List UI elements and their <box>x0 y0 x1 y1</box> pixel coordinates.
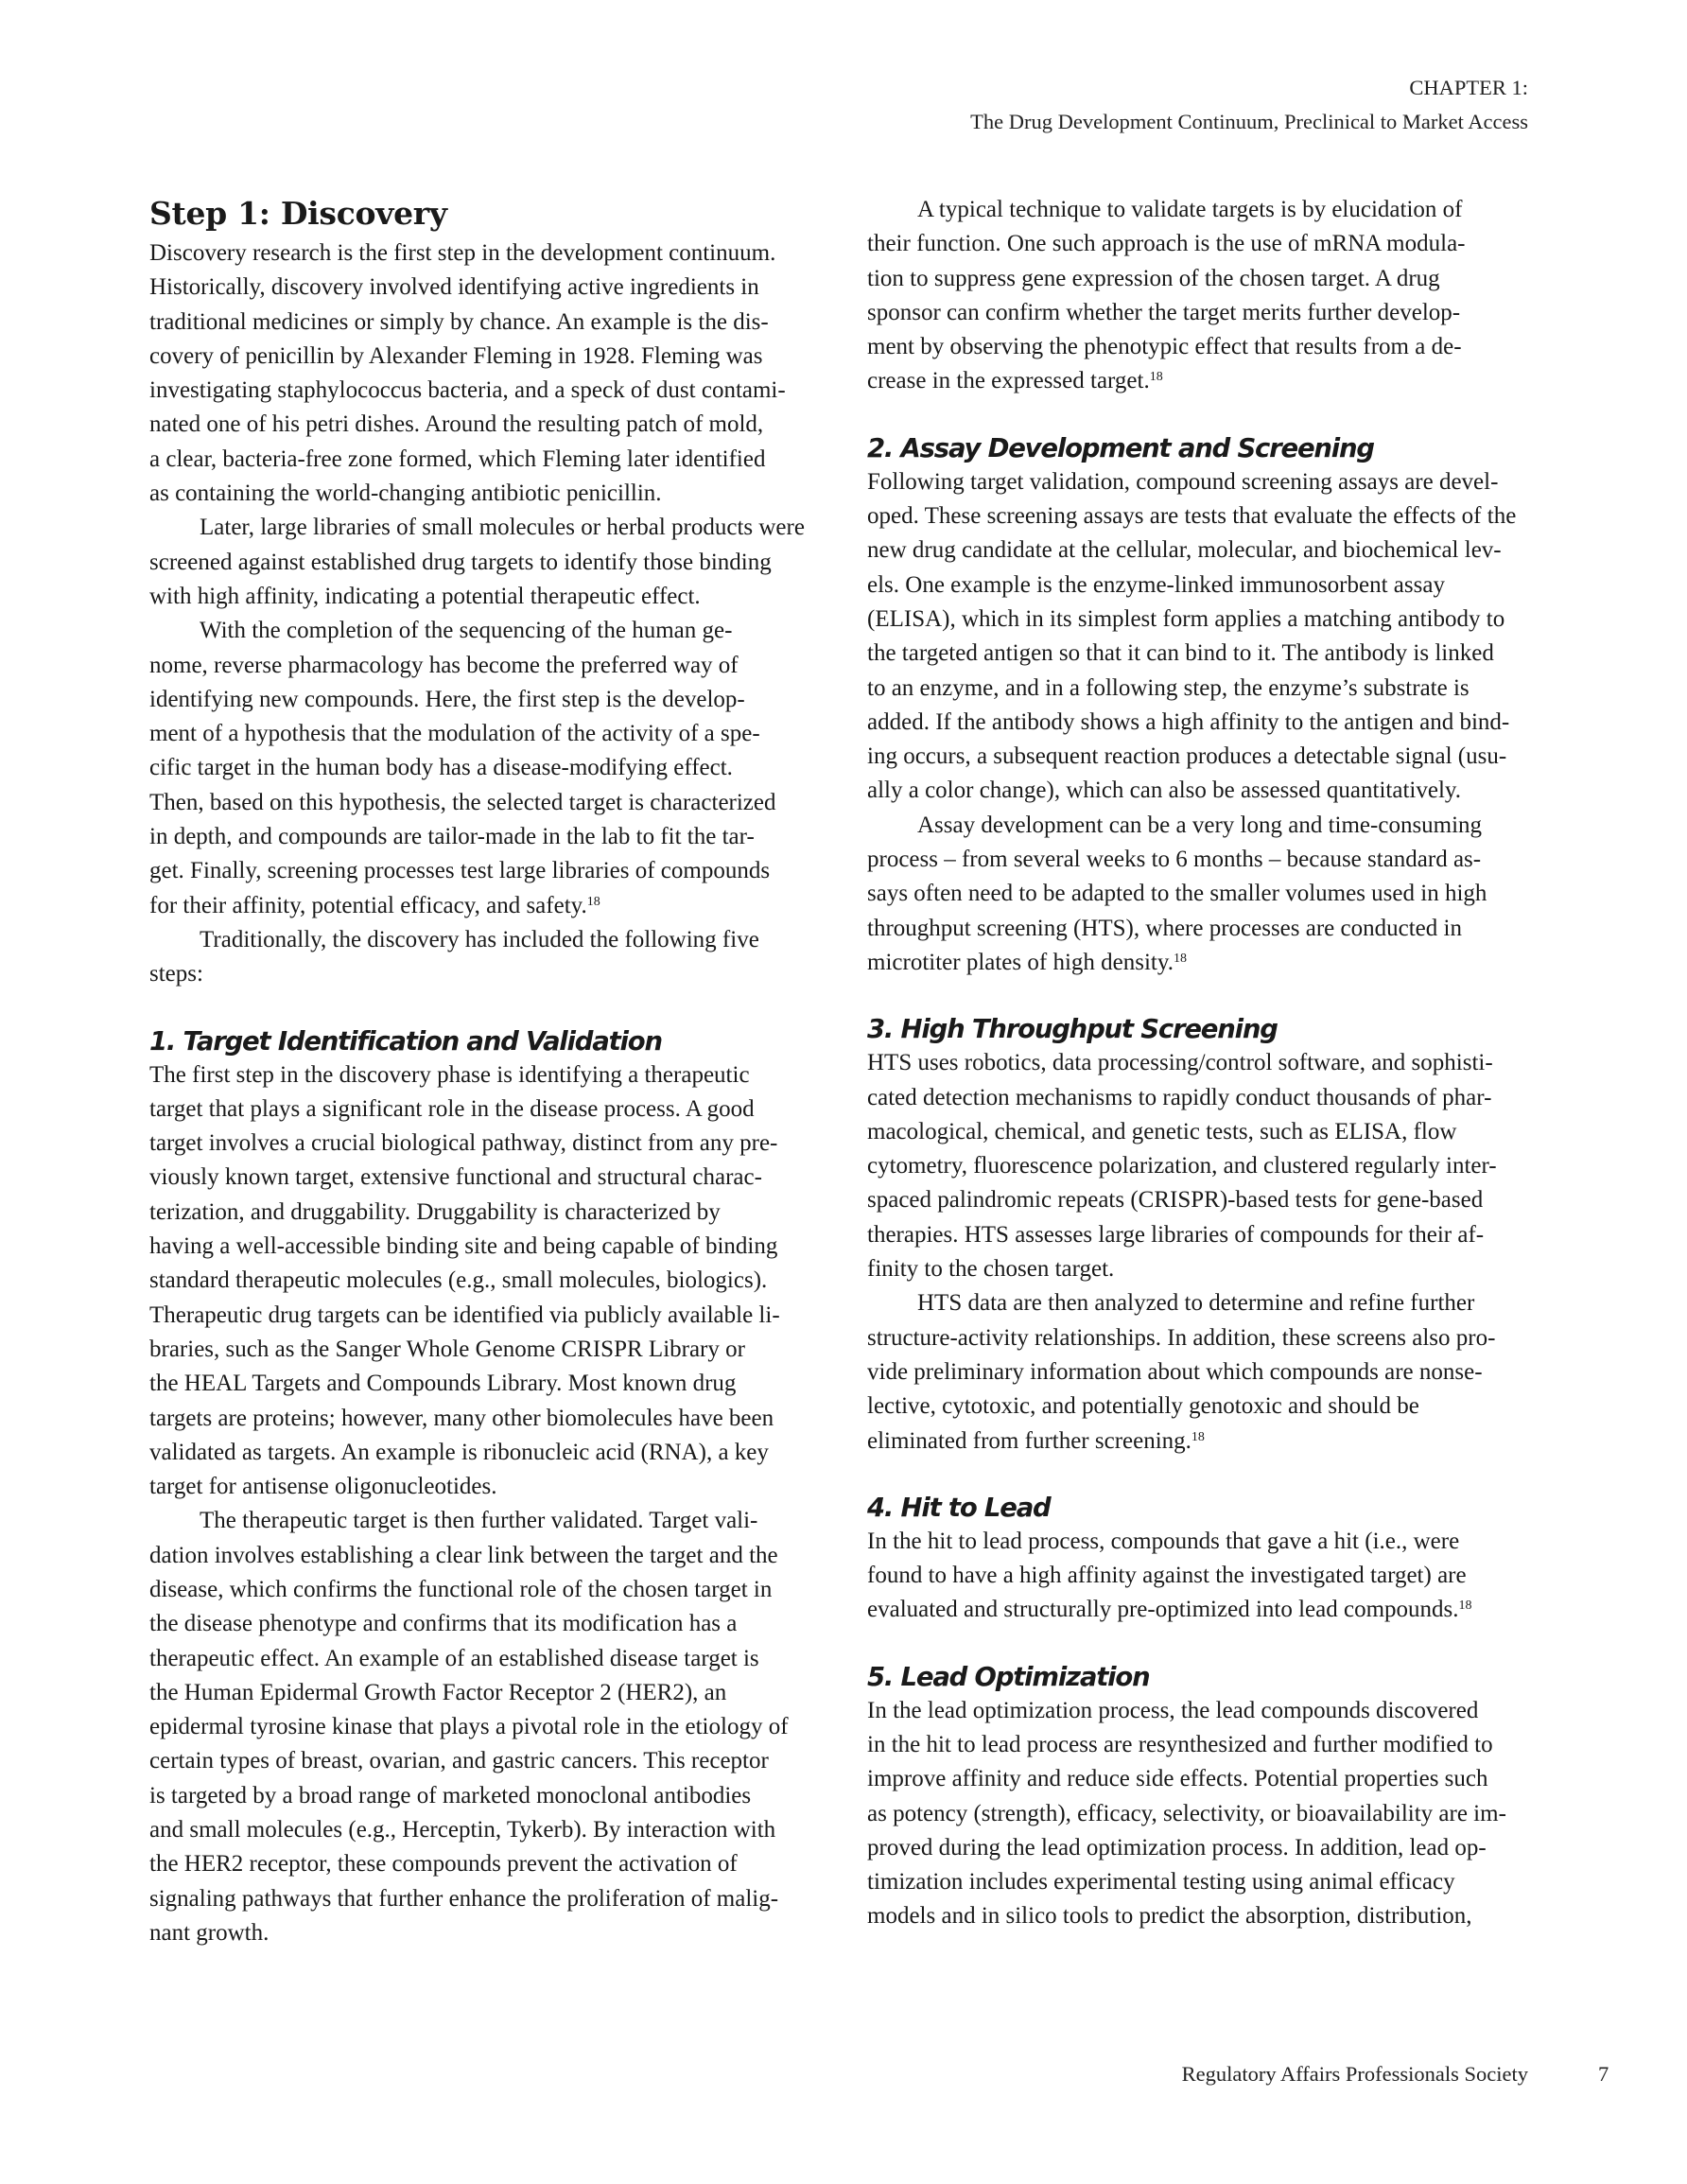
text-line: having a well-accessible binding site an… <box>149 1230 830 1264</box>
text-line: steps: <box>149 957 830 991</box>
text-line: nome, reverse pharmacology has become th… <box>149 649 830 683</box>
paragraph: Traditionally, the discovery has include… <box>149 923 830 992</box>
subheading-hit-to-lead: 4. Hit to Lead <box>867 1490 1548 1525</box>
footnote-reference: 18 <box>587 895 600 909</box>
text-line: proved during the lead optimization proc… <box>867 1831 1548 1865</box>
text-line: validated as targets. An example is ribo… <box>149 1436 830 1470</box>
spacer <box>867 1628 1548 1659</box>
text-line: Assay development can be a very long and… <box>867 809 1548 843</box>
text-line: ment of a hypothesis that the modulation… <box>149 717 830 751</box>
text-line: target for antisense oligonucleotides. <box>149 1470 830 1504</box>
text-line: improve affinity and reduce side effects… <box>867 1762 1548 1796</box>
text-line: finity to the chosen target. <box>867 1252 1548 1286</box>
text-line: dation involves establishing a clear lin… <box>149 1539 830 1573</box>
text-line: to an enzyme, and in a following step, t… <box>867 672 1548 706</box>
text-line: says often need to be adapted to the sma… <box>867 877 1548 911</box>
text-line: as potency (strength), efficacy, selecti… <box>867 1797 1548 1831</box>
text-line: the HEAL Targets and Compounds Library. … <box>149 1367 830 1401</box>
text-line: viously known target, extensive function… <box>149 1161 830 1195</box>
text-line: In the lead optimization process, the le… <box>867 1694 1548 1728</box>
text-line: The therapeutic target is then further v… <box>149 1504 830 1538</box>
text-line: disease, which confirms the functional r… <box>149 1573 830 1607</box>
text-line: covery of penicillin by Alexander Flemin… <box>149 340 830 374</box>
paragraph: The first step in the discovery phase is… <box>149 1058 830 1505</box>
text-line: investigating staphylococcus bacteria, a… <box>149 374 830 408</box>
paragraph: The therapeutic target is then further v… <box>149 1504 830 1950</box>
text-line: eliminated from further screening.18 <box>867 1424 1548 1459</box>
text-line: targets are proteins; however, many othe… <box>149 1402 830 1436</box>
text-line: a clear, bacteria-free zone formed, whic… <box>149 443 830 477</box>
text-line: tion to suppress gene expression of the … <box>867 262 1548 296</box>
paragraph: With the completion of the sequencing of… <box>149 614 830 923</box>
left-column: Step 1: Discovery Discovery research is … <box>149 195 830 1950</box>
text-line: nated one of his petri dishes. Around th… <box>149 408 830 442</box>
paragraph: Assay development can be a very long and… <box>867 809 1548 980</box>
text-line: HTS data are then analyzed to determine … <box>867 1286 1548 1320</box>
footnote-reference: 18 <box>1174 952 1187 966</box>
text-line: the disease phenotype and confirms that … <box>149 1607 830 1641</box>
text-line: and small molecules (e.g., Herceptin, Ty… <box>149 1813 830 1847</box>
subheading-high-throughput-screening: 3. High Throughput Screening <box>867 1011 1548 1046</box>
text-line: terization, and druggability. Druggabili… <box>149 1196 830 1230</box>
text-line: Discovery research is the first step in … <box>149 236 830 271</box>
text-line: crease in the expressed target.18 <box>867 364 1548 398</box>
text-line: screened against established drug target… <box>149 546 830 580</box>
text-line: macological, chemical, and genetic tests… <box>867 1115 1548 1149</box>
text-line: The first step in the discovery phase is… <box>149 1058 830 1092</box>
text-line: added. If the antibody shows a high affi… <box>867 706 1548 740</box>
text-line: Historically, discovery involved identif… <box>149 271 830 305</box>
text-line: identifying new compounds. Here, the fir… <box>149 683 830 717</box>
text-line: traditional medicines or simply by chanc… <box>149 306 830 340</box>
chapter-title: The Drug Development Continuum, Preclini… <box>970 105 1528 139</box>
text-line: Therapeutic drug targets can be identifi… <box>149 1299 830 1333</box>
text-line: target that plays a significant role in … <box>149 1092 830 1127</box>
chapter-label: CHAPTER 1: <box>1409 71 1528 105</box>
footnote-reference: 18 <box>1150 370 1163 384</box>
text-line: sponsor can confirm whether the target m… <box>867 296 1548 330</box>
subheading-lead-optimization: 5. Lead Optimization <box>867 1659 1548 1694</box>
publisher-name: Regulatory Affairs Professionals Society <box>1182 2060 1528 2088</box>
text-line: structure-activity relationships. In add… <box>867 1321 1548 1355</box>
text-line: for their affinity, potential efficacy, … <box>149 889 830 923</box>
text-line: process – from several weeks to 6 months… <box>867 843 1548 877</box>
text-line: is targeted by a broad range of marketed… <box>149 1779 830 1813</box>
text-line: In the hit to lead process, compounds th… <box>867 1525 1548 1559</box>
text-line: evaluated and structurally pre-optimized… <box>867 1593 1548 1627</box>
text-line: target involves a crucial biological pat… <box>149 1127 830 1161</box>
spacer <box>867 980 1548 1011</box>
text-line: Following target validation, compound sc… <box>867 465 1548 499</box>
text-line: ment by observing the phenotypic effect … <box>867 330 1548 364</box>
paragraph: Following target validation, compound sc… <box>867 465 1548 809</box>
text-line: their function. One such approach is the… <box>867 227 1548 261</box>
subheading-assay-development: 2. Assay Development and Screening <box>867 430 1548 465</box>
text-line: cytometry, fluorescence polarization, an… <box>867 1149 1548 1183</box>
text-line: cific target in the human body has a dis… <box>149 751 830 785</box>
text-line: Traditionally, the discovery has include… <box>149 923 830 957</box>
text-line: ing occurs, a subsequent reaction produc… <box>867 740 1548 774</box>
text-line: certain types of breast, ovarian, and ga… <box>149 1744 830 1778</box>
spacer <box>149 992 830 1023</box>
text-line: lective, cytotoxic, and potentially geno… <box>867 1389 1548 1424</box>
spacer <box>867 399 1548 430</box>
text-line: models and in silico tools to predict th… <box>867 1899 1548 1933</box>
text-line: nant growth. <box>149 1916 830 1950</box>
text-line: timization includes experimental testing… <box>867 1865 1548 1899</box>
text-line: Later, large libraries of small molecule… <box>149 511 830 545</box>
subheading-target-identification: 1. Target Identification and Validation <box>149 1023 830 1058</box>
text-line: With the completion of the sequencing of… <box>149 614 830 648</box>
text-line: cated detection mechanisms to rapidly co… <box>867 1081 1548 1115</box>
intro-paragraph: Discovery research is the first step in … <box>149 236 830 511</box>
text-line: the targeted antigen so that it can bind… <box>867 637 1548 671</box>
footnote-reference: 18 <box>1459 1599 1472 1613</box>
paragraph: In the lead optimization process, the le… <box>867 1694 1548 1934</box>
text-line: throughput screening (HTS), where proces… <box>867 912 1548 946</box>
text-line: as containing the world-changing antibio… <box>149 477 830 511</box>
text-line: therapies. HTS assesses large libraries … <box>867 1218 1548 1252</box>
text-line: spaced palindromic repeats (CRISPR)-base… <box>867 1183 1548 1217</box>
spacer <box>867 1459 1548 1490</box>
paragraph: Later, large libraries of small molecule… <box>149 511 830 614</box>
text-line: with high affinity, indicating a potenti… <box>149 580 830 614</box>
text-line: HTS uses robotics, data processing/contr… <box>867 1046 1548 1080</box>
text-line: A typical technique to validate targets … <box>867 193 1548 227</box>
text-line: new drug candidate at the cellular, mole… <box>867 533 1548 568</box>
text-line: epidermal tyrosine kinase that plays a p… <box>149 1710 830 1744</box>
text-line: the Human Epidermal Growth Factor Recept… <box>149 1676 830 1710</box>
text-line: get. Finally, screening processes test l… <box>149 854 830 888</box>
text-line: in the hit to lead process are resynthes… <box>867 1728 1548 1762</box>
paragraph: A typical technique to validate targets … <box>867 193 1548 399</box>
text-line: therapeutic effect. An example of an est… <box>149 1642 830 1676</box>
text-line: in depth, and compounds are tailor-made … <box>149 820 830 854</box>
page-number: 7 <box>1598 2060 1609 2088</box>
text-line: (ELISA), which in its simplest form appl… <box>867 603 1548 637</box>
paragraph: HTS uses robotics, data processing/contr… <box>867 1046 1548 1286</box>
text-line: microtiter plates of high density.18 <box>867 946 1548 980</box>
right-column: A typical technique to validate targets … <box>867 193 1548 1934</box>
text-line: vide preliminary information about which… <box>867 1355 1548 1389</box>
text-line: signaling pathways that further enhance … <box>149 1882 830 1916</box>
text-line: found to have a high affinity against th… <box>867 1559 1548 1593</box>
text-line: the HER2 receptor, these compounds preve… <box>149 1847 830 1881</box>
text-line: els. One example is the enzyme-linked im… <box>867 568 1548 603</box>
text-line: Then, based on this hypothesis, the sele… <box>149 786 830 820</box>
paragraph: HTS data are then analyzed to determine … <box>867 1286 1548 1458</box>
text-line: oped. These screening assays are tests t… <box>867 499 1548 533</box>
text-line: standard therapeutic molecules (e.g., sm… <box>149 1264 830 1298</box>
text-line: ally a color change), which can also be … <box>867 774 1548 808</box>
footnote-reference: 18 <box>1191 1430 1205 1444</box>
text-line: braries, such as the Sanger Whole Genome… <box>149 1333 830 1367</box>
paragraph: In the hit to lead process, compounds th… <box>867 1525 1548 1628</box>
section-title: Step 1: Discovery <box>149 195 830 235</box>
